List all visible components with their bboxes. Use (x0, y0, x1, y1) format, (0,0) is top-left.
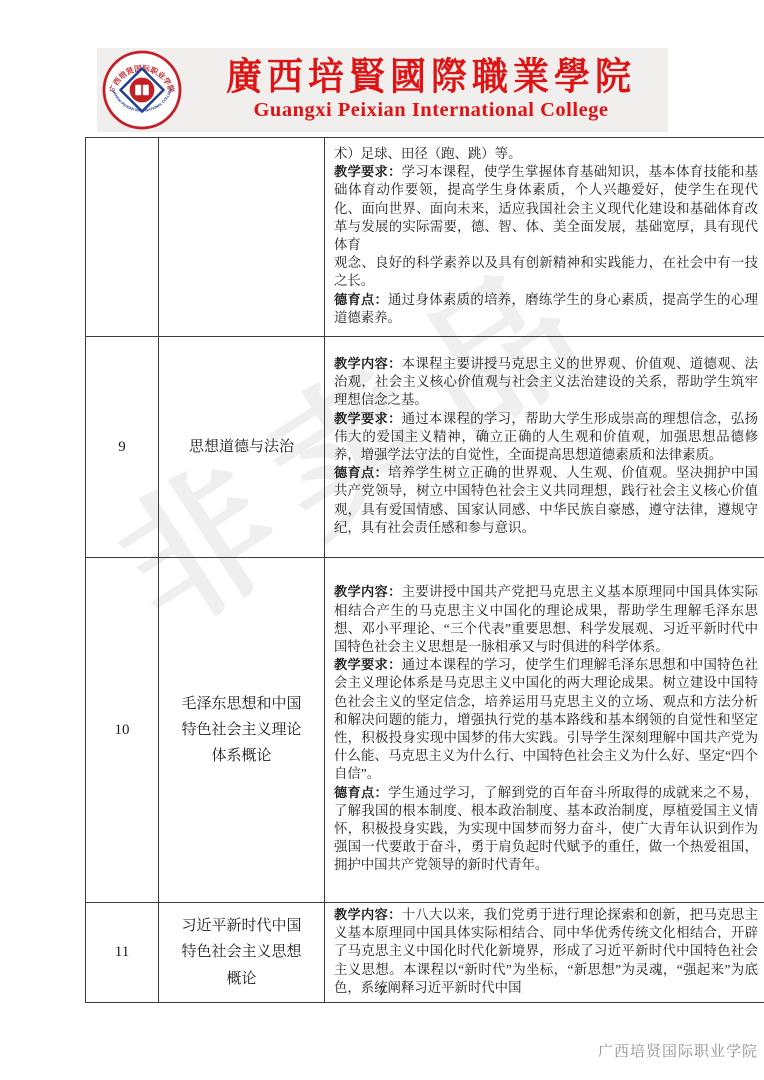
table-row: 10毛泽东思想和中国特色社会主义理论体系概论教学内容：主要讲授中国共产党把马克思… (86, 558, 764, 903)
paragraph-label: 教学要求： (334, 164, 402, 179)
description-paragraph: 教学要求：通过本课程的学习，使学生们理解毛泽东思想和中国特色社会主义理论体系是马… (334, 656, 758, 783)
footer-site-text: 广西培贤国际职业学院 (598, 1040, 758, 1061)
college-title-english: Guangxi Peixian International College (194, 99, 668, 122)
paragraph-label: 教学要求： (334, 657, 402, 672)
course-name-cell (159, 138, 325, 337)
college-title-chinese: 廣西培賢國際職業學院 (194, 57, 668, 99)
course-table: 术）足球、田径（跑、跳）等。教学要求：学习本课程，使学生掌握体育基础知识，基本体… (85, 137, 764, 1003)
paragraph-label: 德育点： (334, 465, 388, 480)
college-header: 广西培贤国际职业学院 GUANGXI PEIXIAN INTERNATIONAL… (97, 48, 668, 132)
description-paragraph: 德育点：通过身体素质的培养，磨练学生的身心素质，提高学生的心理道德素养。 (334, 291, 758, 327)
table-row: 术）足球、田径（跑、跳）等。教学要求：学习本课程，使学生掌握体育基础知识，基本体… (86, 138, 764, 337)
course-name-cell: 思想道德与法治 (159, 337, 325, 558)
open-book-icon (135, 84, 149, 96)
course-name-cell: 毛泽东思想和中国特色社会主义理论体系概论 (159, 558, 325, 903)
college-logo-icon: 广西培贤国际职业学院 GUANGXI PEIXIAN INTERNATIONAL… (102, 50, 182, 130)
description-paragraph: 教学要求：学习本课程，使学生掌握体育基础知识，基本体育技能和基础体育动作要领，提… (334, 163, 758, 254)
paragraph-label: 德育点： (334, 292, 388, 307)
description-paragraph: 教学内容：本课程主要讲授马克思主义的世界观、价值观、道德观、法治观，社会主义核心… (334, 355, 758, 410)
course-table-body: 术）足球、田径（跑、跳）等。教学要求：学习本课程，使学生掌握体育基础知识，基本体… (86, 138, 764, 1003)
paragraph-label: 教学要求： (334, 411, 402, 426)
course-description-cell: 教学内容：本课程主要讲授马克思主义的世界观、价值观、道德观、法治观，社会主义核心… (325, 337, 764, 558)
paragraph-label: 教学内容： (334, 356, 402, 371)
description-paragraph: 术）足球、田径（跑、跳）等。 (334, 145, 758, 163)
description-paragraph: 观念、良好的科学素养以及具有创新精神和实践能力，在社会中有一技之长。 (334, 254, 758, 290)
college-titles: 廣西培賢國際職業學院 Guangxi Peixian International… (194, 58, 668, 122)
course-number-cell (86, 138, 159, 337)
page-number: 7 (0, 984, 764, 1000)
description-paragraph: 德育点：学生通过学习，了解到党的百年奋斗所取得的成就来之不易，了解我国的根本制度… (334, 784, 758, 875)
paragraph-label: 德育点： (334, 785, 388, 800)
description-paragraph: 教学内容：主要讲授中国共产党把马克思主义基本原理同中国具体实际相结合产生的马克思… (334, 583, 758, 656)
document-page: 广西培贤国际职业学院 GUANGXI PEIXIAN INTERNATIONAL… (0, 0, 764, 1080)
description-paragraph: 德育点：培养学生树立正确的世界观、人生观、价值观。坚决拥护中国共产党领导，树立中… (334, 464, 758, 537)
course-number-cell: 9 (86, 337, 159, 558)
table-row: 9思想道德与法治教学内容：本课程主要讲授马克思主义的世界观、价值观、道德观、法治… (86, 337, 764, 558)
paragraph-label: 教学内容： (334, 584, 402, 599)
course-description-cell: 术）足球、田径（跑、跳）等。教学要求：学习本课程，使学生掌握体育基础知识，基本体… (325, 138, 764, 337)
course-description-cell: 教学内容：主要讲授中国共产党把马克思主义基本原理同中国具体实际相结合产生的马克思… (325, 558, 764, 903)
description-paragraph: 教学要求：通过本课程的学习，帮助大学生形成崇高的理想信念，弘扬伟大的爱国主义精神… (334, 410, 758, 465)
paragraph-label: 教学内容： (334, 907, 402, 922)
course-number-cell: 10 (86, 558, 159, 903)
